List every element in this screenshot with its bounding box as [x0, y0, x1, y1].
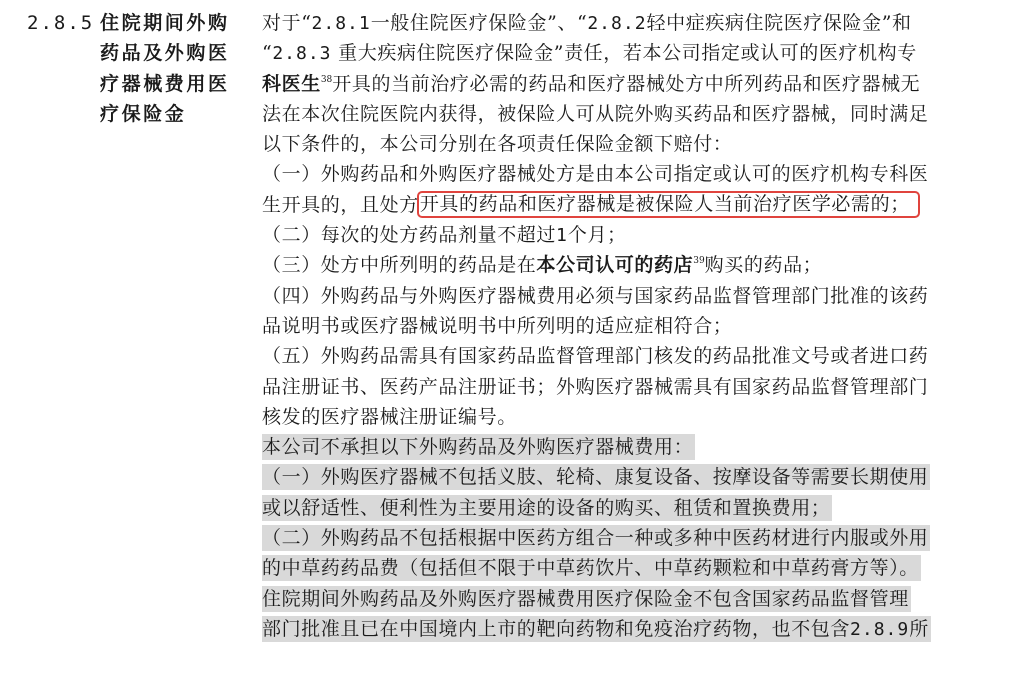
- clause-title-line: 住院期间外购: [100, 8, 240, 38]
- text-run: 所: [909, 618, 929, 640]
- text-run: 轻中症疾病住院医疗保险金”和: [647, 12, 912, 34]
- intro-line: “2.8.3 重大疾病住院医疗保险金”责任，若本公司指定或认可的医疗机构专: [262, 38, 992, 68]
- intro-line: 对于“2.8.1一般住院医疗保险金”、“2.8.2轻中症疾病住院医疗保险金”和: [262, 8, 992, 38]
- text-run: 生开具的，且处方: [262, 194, 419, 216]
- text-run: （二）每次的处方药品剂量不超过: [262, 224, 556, 246]
- condition-3-line: （三）处方中所列明的药品是在本公司认可的药店39购买的药品；: [262, 250, 992, 280]
- exclusions-heading: 本公司不承担以下外购药品及外购医疗器械费用：: [262, 434, 695, 460]
- condition-2-line: （二）每次的处方药品剂量不超过1个月；: [262, 220, 992, 250]
- condition-5-line: 品注册证书、医药产品注册证书；外购医疗器械需具有国家药品监督管理部门: [262, 372, 992, 402]
- exclusion-line: （二）外购药品不包括根据中医药方组合一种或多种中医药材进行内服或外用: [262, 525, 930, 551]
- insurance-clause-2-8-5: 2.8.5 住院期间外购 药品及外购医 疗器械费用医 疗保险金 对于“2.8.1…: [0, 0, 1009, 681]
- exclusion-line: （一）外购医疗器械不包括义肢、轮椅、康复设备、按摩设备等需要长期使用: [262, 464, 930, 490]
- exclusions-heading-row: 本公司不承担以下外购药品及外购医疗器械费用：: [262, 432, 992, 462]
- reference-number: 2.8.2: [587, 13, 646, 34]
- exclusion-row: 或以舒适性、便利性为主要用途的设备的购买、租赁和置换费用；: [262, 493, 992, 523]
- exclusion-line: 或以舒适性、便利性为主要用途的设备的购买、租赁和置换费用；: [262, 495, 832, 521]
- footnote-ref[interactable]: 39: [693, 256, 704, 266]
- reference-number: 2.8.9: [850, 619, 909, 640]
- exclusion-row: （二）外购药品不包括根据中医药方组合一种或多种中医药材进行内服或外用: [262, 523, 992, 553]
- clause-title-line: 疗保险金: [100, 99, 240, 129]
- clause-title-line: 疗器械费用医: [100, 69, 240, 99]
- clause-title-line: 药品及外购医: [100, 38, 240, 68]
- condition-1-line: 生开具的，且处方开具的药品和医疗器械是被保险人当前治疗医学必需的；: [262, 190, 992, 220]
- condition-5-line: （五）外购药品需具有国家药品监督管理部门核发的药品批准文号或者进口药: [262, 341, 992, 371]
- number: 1: [556, 225, 568, 246]
- exclusion-line: 住院期间外购药品及外购医疗器械费用医疗保险金不包含国家药品监督管理: [262, 586, 911, 612]
- exclusion-row: 住院期间外购药品及外购医疗器械费用医疗保险金不包含国家药品监督管理: [262, 584, 992, 614]
- exclusion-row: 的中草药药品费（包括但不限于中草药饮片、中草药颗粒和中草药膏方等）。: [262, 553, 992, 583]
- condition-4-line: （四）外购药品与外购医疗器械费用必须与国家药品监督管理部门批准的该药: [262, 281, 992, 311]
- exclusion-line: 的中草药药品费（包括但不限于中草药饮片、中草药颗粒和中草药膏方等）。: [262, 555, 921, 581]
- clause-number: 2.8.5: [27, 8, 94, 38]
- intro-line: 法在本次住院医院内获得，被保险人可从院外购买药品和医疗器械，同时满足: [262, 99, 992, 129]
- text-run: 购买的药品；: [705, 254, 823, 276]
- text-run: 重大疾病住院医疗保险金”责任，若本公司指定或认可的医疗机构专: [332, 42, 917, 64]
- text-run: “: [262, 42, 272, 64]
- text-run: 个月；: [568, 224, 627, 246]
- condition-4-line: 品说明书或医疗器械说明书中所列明的适应症相符合；: [262, 311, 992, 341]
- clause-body: 对于“2.8.1一般住院医疗保险金”、“2.8.2轻中症疾病住院医疗保险金”和 …: [262, 8, 992, 644]
- text-run: （三）处方中所列明的药品是在: [262, 254, 536, 276]
- footnote-ref[interactable]: 38: [321, 75, 332, 85]
- reference-number: 2.8.1: [312, 13, 371, 34]
- highlighted-annotation: 开具的药品和医疗器械是被保险人当前治疗医学必需的；: [417, 191, 920, 218]
- reference-number: 2.8.3: [272, 43, 331, 64]
- intro-line: 以下条件的，本公司分别在各项责任保险金额下赔付：: [262, 129, 992, 159]
- defined-term-specialist: 科医生: [262, 73, 321, 95]
- exclusion-row: （一）外购医疗器械不包括义肢、轮椅、康复设备、按摩设备等需要长期使用: [262, 462, 992, 492]
- intro-line: 科医生38开具的当前治疗必需的药品和医疗器械处方中所列药品和医疗器械无: [262, 69, 992, 99]
- text-run: 部门批准且已在中国境内上市的靶向药物和免疫治疗药物，也不包含: [262, 618, 850, 640]
- condition-1-line: （一）外购药品和外购医疗器械处方是由本公司指定或认可的医疗机构专科医: [262, 159, 992, 189]
- text-run: 开具的当前治疗必需的药品和医疗器械处方中所列药品和医疗器械无: [332, 73, 920, 95]
- clause-title: 住院期间外购 药品及外购医 疗器械费用医 疗保险金: [100, 8, 240, 129]
- defined-term-pharmacy: 本公司认可的药店: [536, 254, 693, 276]
- exclusion-row: 部门批准且已在中国境内上市的靶向药物和免疫治疗药物，也不包含2.8.9所: [262, 614, 992, 644]
- condition-5-line: 核发的医疗器械注册证编号。: [262, 402, 992, 432]
- text-run: 一般住院医疗保险金”、“: [371, 12, 588, 34]
- text-run: 对于“: [262, 12, 312, 34]
- exclusion-line: 部门批准且已在中国境内上市的靶向药物和免疫治疗药物，也不包含2.8.9所: [262, 616, 931, 642]
